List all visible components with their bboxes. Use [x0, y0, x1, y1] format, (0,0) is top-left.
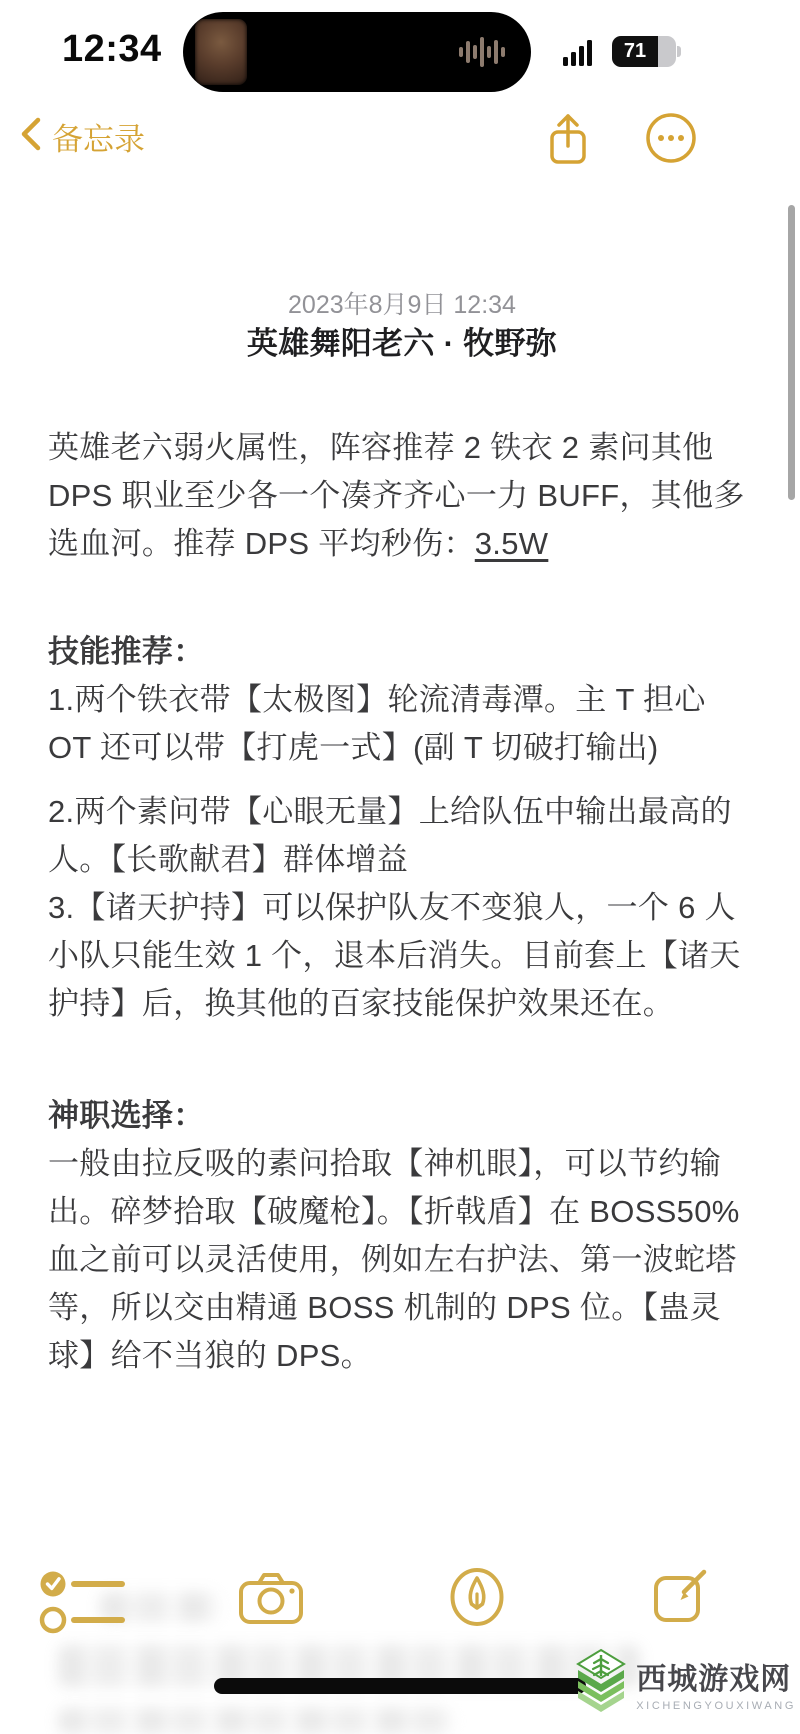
clock-time: 12:34 [62, 28, 162, 71]
ellipsis-circle-icon [645, 151, 697, 168]
skills-heading: 技能推荐： [48, 628, 756, 676]
back-button-label: 备忘录 [52, 114, 145, 159]
site-watermark: 西城游戏网 XICHENGYOUXIWANG [572, 1648, 796, 1717]
role-paragraph: 一般由拉反吸的素问拾取【神机眼】，可以节约输出。碎梦拾取【破魔枪】。【折戟盾】在… [48, 1140, 756, 1380]
watermark-logo-icon [572, 1648, 630, 1717]
chevron-left-icon [20, 117, 42, 156]
checklist-button[interactable] [38, 1566, 130, 1643]
watermark-latin: XICHENGYOUXIWANG [636, 1700, 796, 1712]
back-button[interactable]: 备忘录 [20, 114, 145, 159]
markup-icon [448, 1615, 506, 1632]
markup-button[interactable] [448, 1566, 506, 1633]
note-date: 2023年8月9日 12:34 [48, 290, 756, 320]
camera-icon [238, 1613, 304, 1630]
intro-paragraph: 英雄老六弱火属性，阵容推荐 2 铁衣 2 素问其他 DPS 职业至少各一个凑齐齐… [48, 424, 756, 568]
battery-icon: 71 [612, 36, 681, 67]
dynamic-island[interactable] [183, 12, 531, 92]
home-indicator[interactable] [214, 1678, 586, 1694]
faded-text-remnant [58, 1708, 454, 1734]
note-view: 2023年8月9日 12:34 英雄舞阳老六 · 牧野弥 英雄老六弱火属性，阵容… [0, 168, 800, 1380]
note-content[interactable]: 2023年8月9日 12:34 英雄舞阳老六 · 牧野弥 英雄老六弱火属性，阵容… [0, 290, 800, 1380]
compose-button[interactable] [652, 1566, 710, 1629]
status-bar: 12:34 71 [0, 0, 800, 100]
intro-text: 英雄老六弱火属性，阵容推荐 2 铁衣 2 素问其他 DPS 职业至少各一个凑齐齐… [48, 430, 745, 561]
role-heading: 神职选择： [48, 1092, 756, 1140]
more-options-button[interactable] [645, 112, 697, 169]
skills-item-3: 3.【诸天护持】可以保护队友不变狼人，一个 6 人小队只能生效 1 个，退本后消… [48, 884, 756, 1028]
skills-item-2: 2.两个素问带【心眼无量】上给队伍中输出最高的人。【长歌献君】群体增益 [48, 788, 756, 884]
battery-percent: 71 [612, 36, 658, 67]
nav-bar: 备忘录 [0, 100, 800, 168]
audio-waveform-icon [459, 12, 505, 92]
camera-button[interactable] [238, 1570, 304, 1631]
cellular-signal-icon [563, 38, 597, 66]
notes-toolbar [0, 1556, 800, 1646]
share-button[interactable] [545, 112, 591, 173]
skills-item-1: 1.两个铁衣带【太极图】轮流清毒潭。主 T 担心 OT 还可以带【打虎一式】(副… [48, 676, 756, 772]
checklist-icon [38, 1625, 130, 1642]
note-title: 英雄舞阳老六 · 牧野弥 [48, 320, 756, 368]
intro-dps-link[interactable]: 3.5W [475, 526, 549, 561]
watermark-name: 西城游戏网 [636, 1654, 796, 1698]
album-art-thumbnail [195, 19, 247, 85]
compose-icon [652, 1611, 710, 1628]
